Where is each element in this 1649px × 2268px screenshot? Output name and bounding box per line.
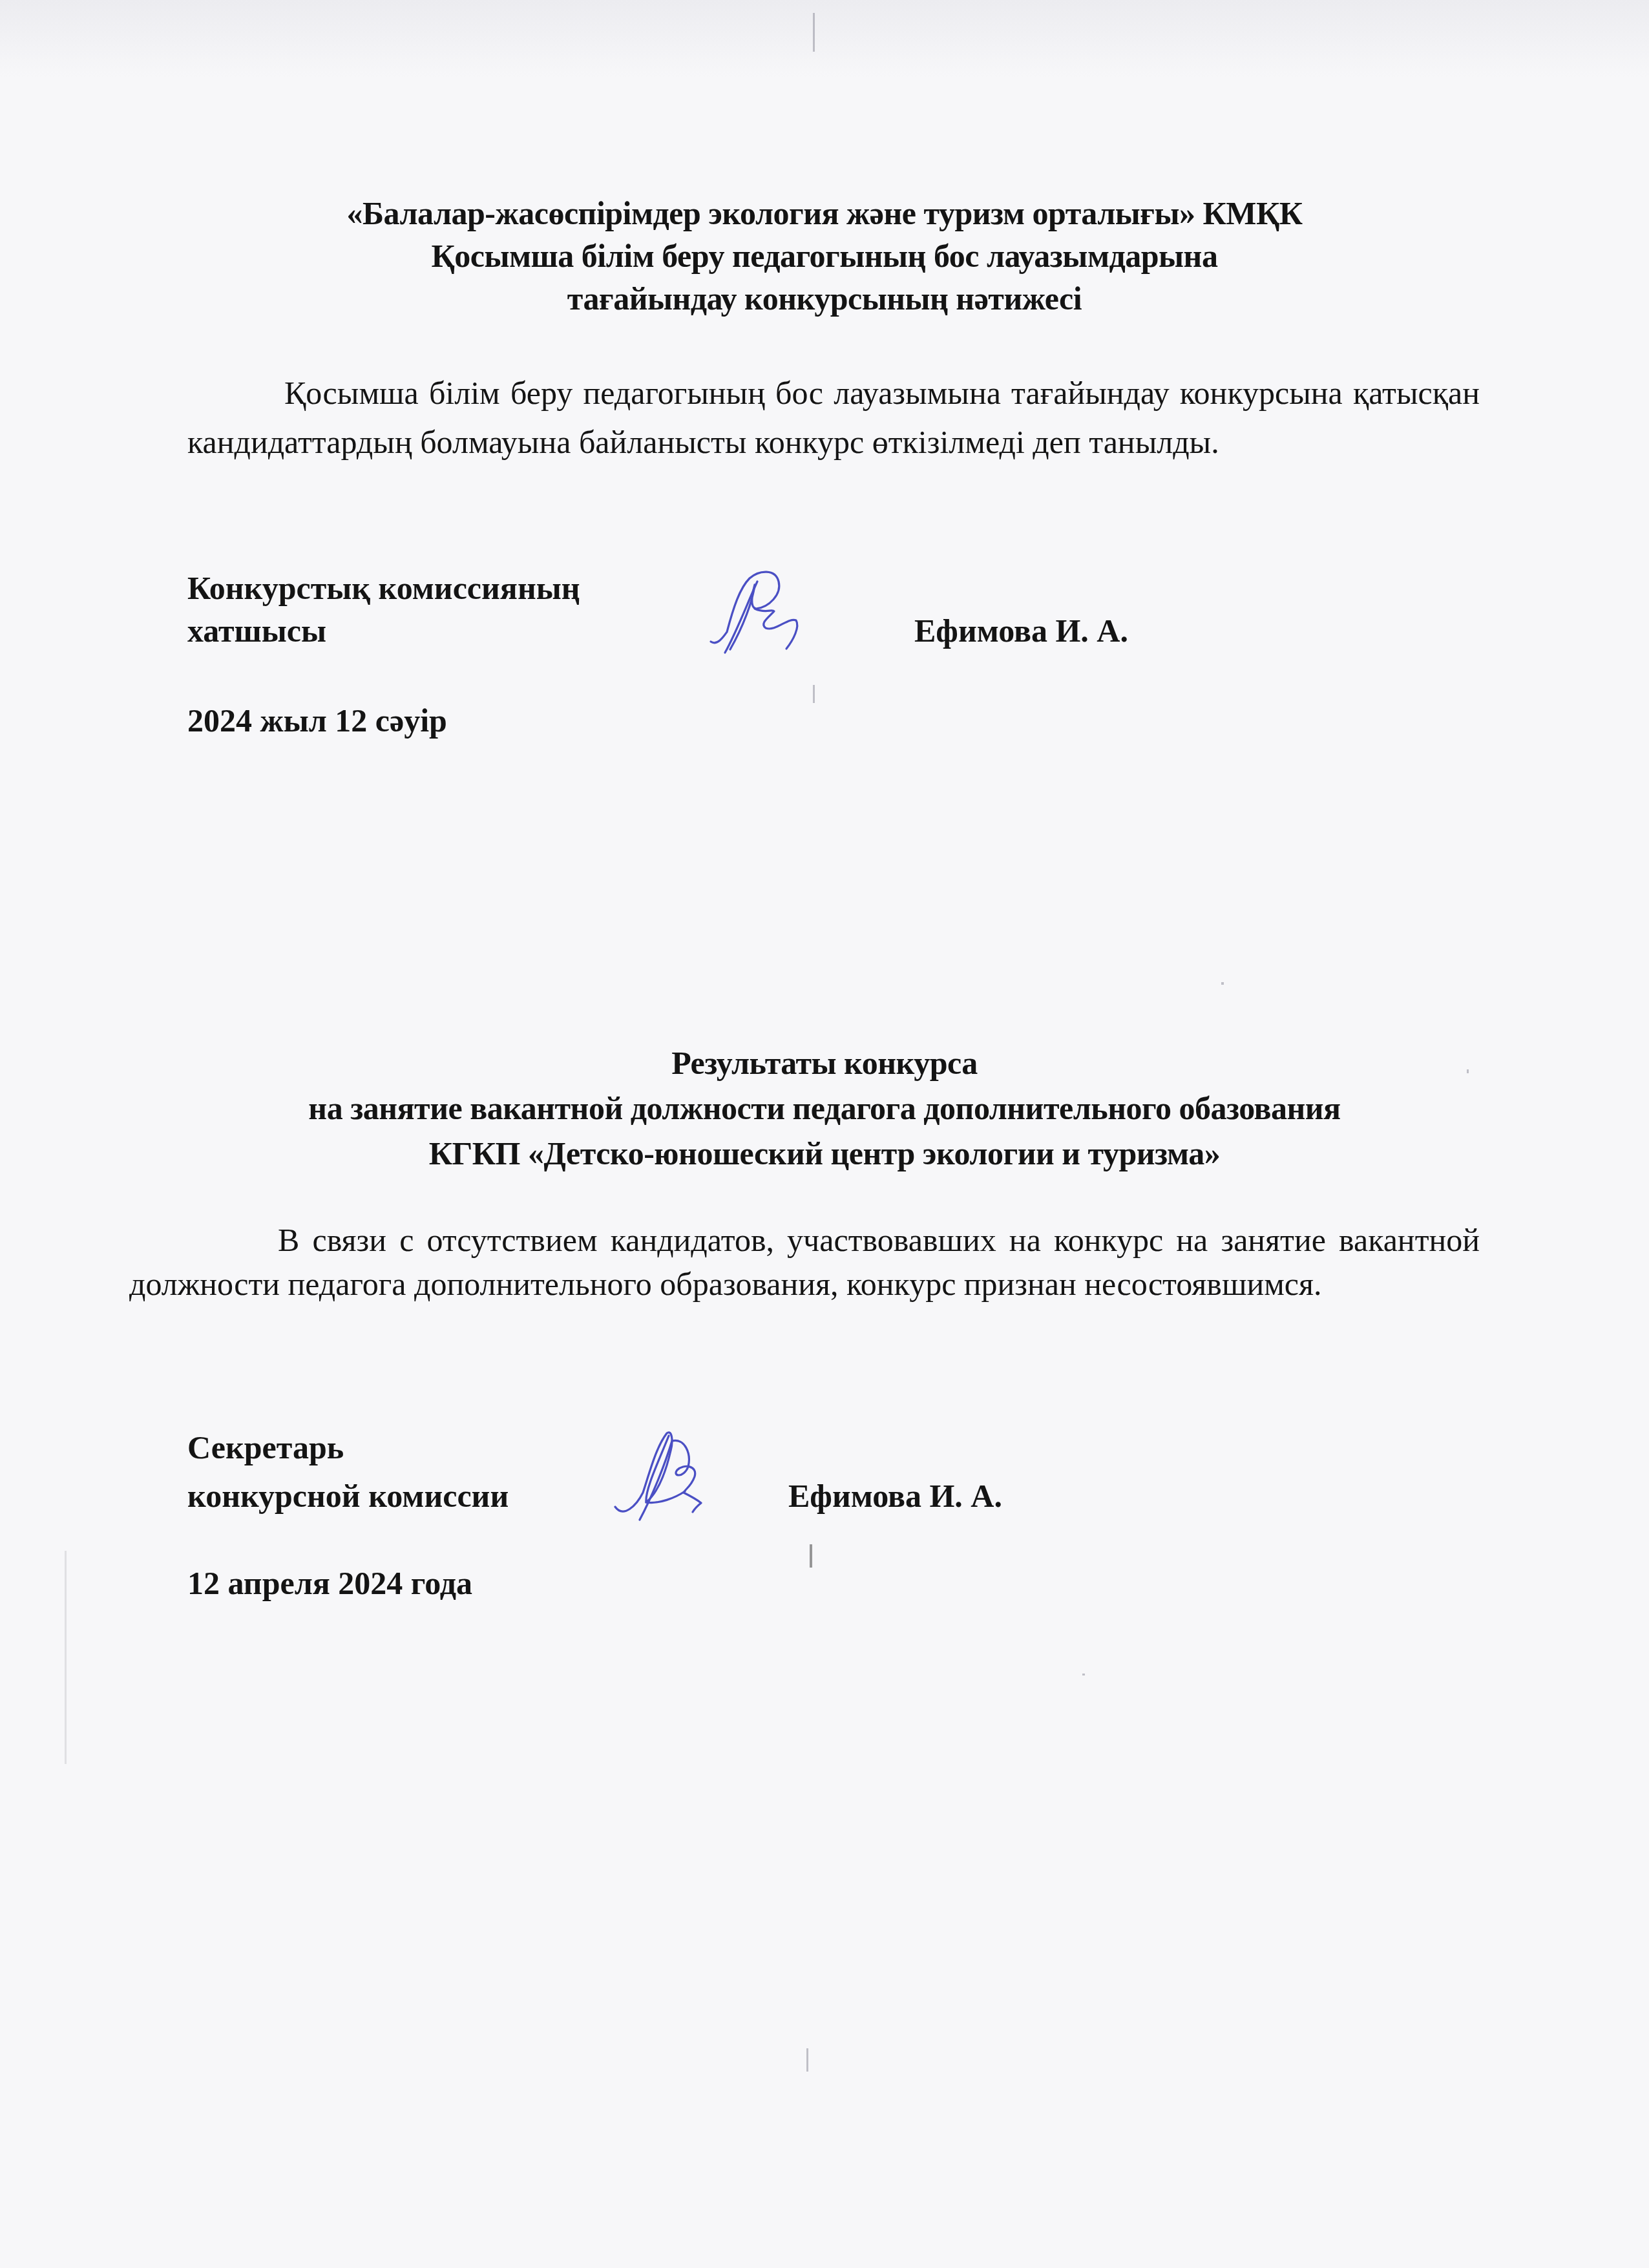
russian-signatory-role-2: конкурсной комиссии (187, 1476, 509, 1515)
russian-date: 12 апреля 2024 года (187, 1564, 472, 1602)
russian-paragraph: В связи с отсутствием кандидатов, участв… (129, 1218, 1480, 1306)
russian-title-line-1: Результаты конкурса (0, 1044, 1649, 1082)
scan-artifact (813, 13, 815, 52)
russian-title-line-3: КГКП «Детско-юношеский центр экологии и … (0, 1134, 1649, 1173)
kazakh-title-line-3: тағайындау конкурсының нәтижесі (0, 279, 1649, 318)
signature-icon (607, 1422, 717, 1525)
kazakh-date: 2024 жыл 12 сәуір (187, 701, 447, 740)
scan-artifact (813, 685, 815, 703)
scan-artifact (806, 2048, 808, 2072)
scan-shadow (0, 0, 1649, 78)
russian-signatory-role-1: Секретарь (187, 1428, 344, 1467)
kazakh-signatory-name: Ефимова И. А. (914, 611, 1128, 650)
kazakh-paragraph-text: Қосымша білім беру педагогының бос лауаз… (187, 375, 1480, 460)
signature-icon (698, 556, 827, 666)
kazakh-paragraph: Қосымша білім беру педагогының бос лауаз… (187, 368, 1480, 467)
kazakh-title-line-1: «Балалар-жасөспірімдер экология және тур… (0, 194, 1649, 233)
russian-signatory-name: Ефимова И. А. (788, 1476, 1002, 1515)
scan-artifact (810, 1544, 812, 1568)
russian-paragraph-text: В связи с отсутствием кандидатов, участв… (129, 1222, 1480, 1302)
scan-artifact (65, 1551, 67, 1764)
kazakh-signatory-role-1: Конкурстық комиссияның (187, 569, 580, 607)
scan-artifact (1467, 1069, 1469, 1073)
scan-artifact (1221, 982, 1224, 985)
scan-artifact (1082, 1674, 1085, 1675)
russian-title-line-2: на занятие вакантной должности педагога … (0, 1089, 1649, 1128)
kazakh-title-line-2: Қосымша білім беру педагогының бос лауаз… (0, 236, 1649, 275)
kazakh-signatory-role-2: хатшысы (187, 611, 326, 650)
